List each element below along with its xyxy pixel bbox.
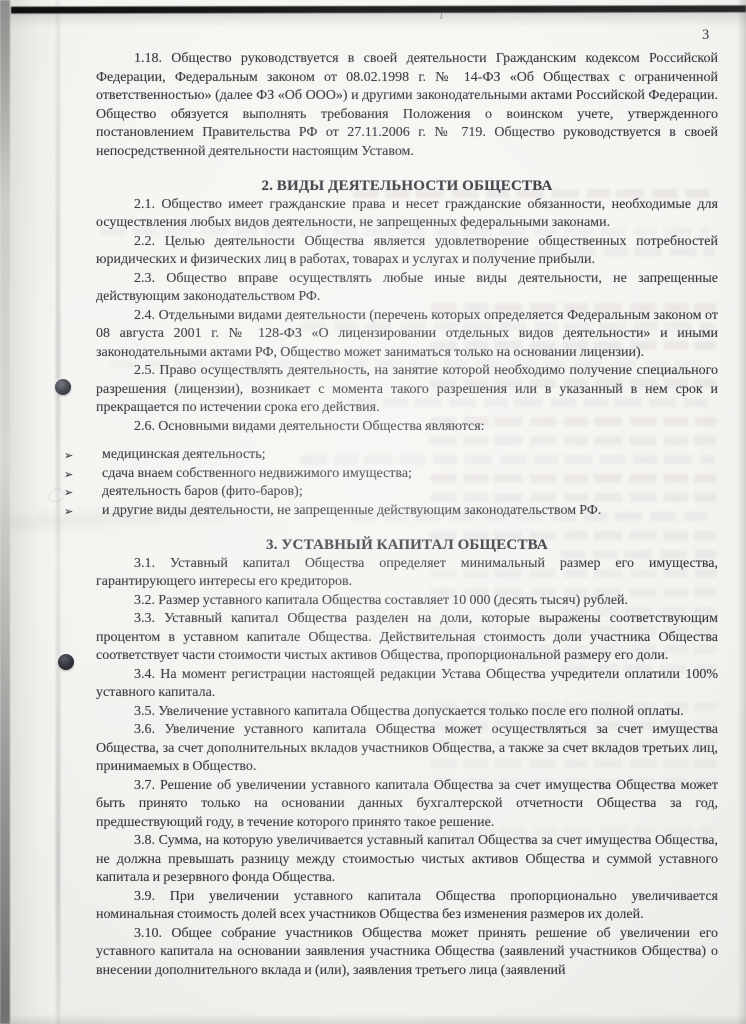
- section-3-heading: 3. УСТАВНЫЙ КАПИТАЛ ОБЩЕСТВА: [96, 536, 718, 555]
- document-body: 1.18. Общество руководствуется в своей д…: [96, 50, 718, 980]
- paragraph-2-3: 2.3. Общество вправе осуществлять любые …: [96, 270, 718, 307]
- paragraph-2-1: 2.1. Общество имеет гражданские права и …: [96, 196, 718, 233]
- activity-label: деятельность баров (фито-баров);: [102, 484, 303, 499]
- paragraph-3-1: 3.1. Уставный капитал Общества определяе…: [96, 555, 718, 592]
- arrow-bullet-icon: ➢: [64, 484, 73, 503]
- paragraph-2-4: 2.4. Отдельными видами деятельности (пер…: [96, 307, 718, 363]
- arrow-bullet-icon: ➢: [64, 447, 73, 466]
- paragraph-3-8: 3.8. Сумма, на которую увеличивается уст…: [96, 832, 718, 888]
- activity-label: медицинская деятельность;: [102, 447, 266, 462]
- paragraph-3-5: 3.5. Увеличение уставного капитала Общес…: [96, 703, 718, 722]
- activity-label: и другие виды деятельности, не запрещенн…: [102, 503, 601, 518]
- activity-item: ➢ сдача внаем собственного недвижимого и…: [102, 465, 718, 484]
- top-edge-shadow: [0, 13, 746, 27]
- activities-list: ➢ медицинская деятельность; ➢ сдача внае…: [96, 446, 718, 520]
- paragraph-3-10: 3.10. Общее собрание участников Общества…: [96, 925, 718, 981]
- paragraph-3-3: 3.3. Уставный капитал Общества разделен …: [96, 610, 718, 666]
- activity-item: ➢ и другие виды деятельности, не запреще…: [102, 502, 718, 521]
- section-2-heading: 2. ВИДЫ ДЕЯТЕЛЬНОСТИ ОБЩЕСТВА: [96, 177, 718, 196]
- paragraph-2-5: 2.5. Право осуществлять деятельность, на…: [96, 362, 718, 418]
- arrow-bullet-icon: ➢: [64, 503, 73, 522]
- arrow-bullet-icon: ➢: [64, 466, 73, 485]
- page-number: 3: [702, 27, 709, 44]
- hole-punch-icon: [58, 654, 74, 670]
- activity-label: сдача внаем собственного недвижимого иму…: [102, 466, 412, 481]
- paragraph-2-2: 2.2. Целью деятельности Общества являетс…: [96, 233, 718, 270]
- paragraph-3-6: 3.6. Увеличение уставного капитала Общес…: [96, 721, 718, 777]
- scanned-page: ι 3 1.18. Общество руководствуется в сво…: [0, 0, 746, 1024]
- hole-punch-icon: [55, 379, 71, 395]
- scanner-bottom-edge: [0, 1014, 746, 1024]
- activity-item: ➢ медицинская деятельность;: [102, 446, 718, 465]
- paragraph-3-2: 3.2. Размер уставного капитала Общества …: [96, 592, 718, 611]
- scanner-right-edge: [737, 0, 746, 1024]
- paragraph-2-6: 2.6. Основными видами деятельности Общес…: [96, 418, 718, 437]
- paragraph-3-4: 3.4. На момент регистрации настоящей ред…: [96, 666, 718, 703]
- paragraph-1-18: 1.18. Общество руководствуется в своей д…: [96, 50, 718, 161]
- activity-item: ➢ деятельность баров (фито-баров);: [102, 483, 718, 502]
- paragraph-3-9: 3.9. При увеличении уставного капитала О…: [96, 888, 718, 925]
- paragraph-3-7: 3.7. Решение об увеличении уставного кап…: [96, 777, 718, 833]
